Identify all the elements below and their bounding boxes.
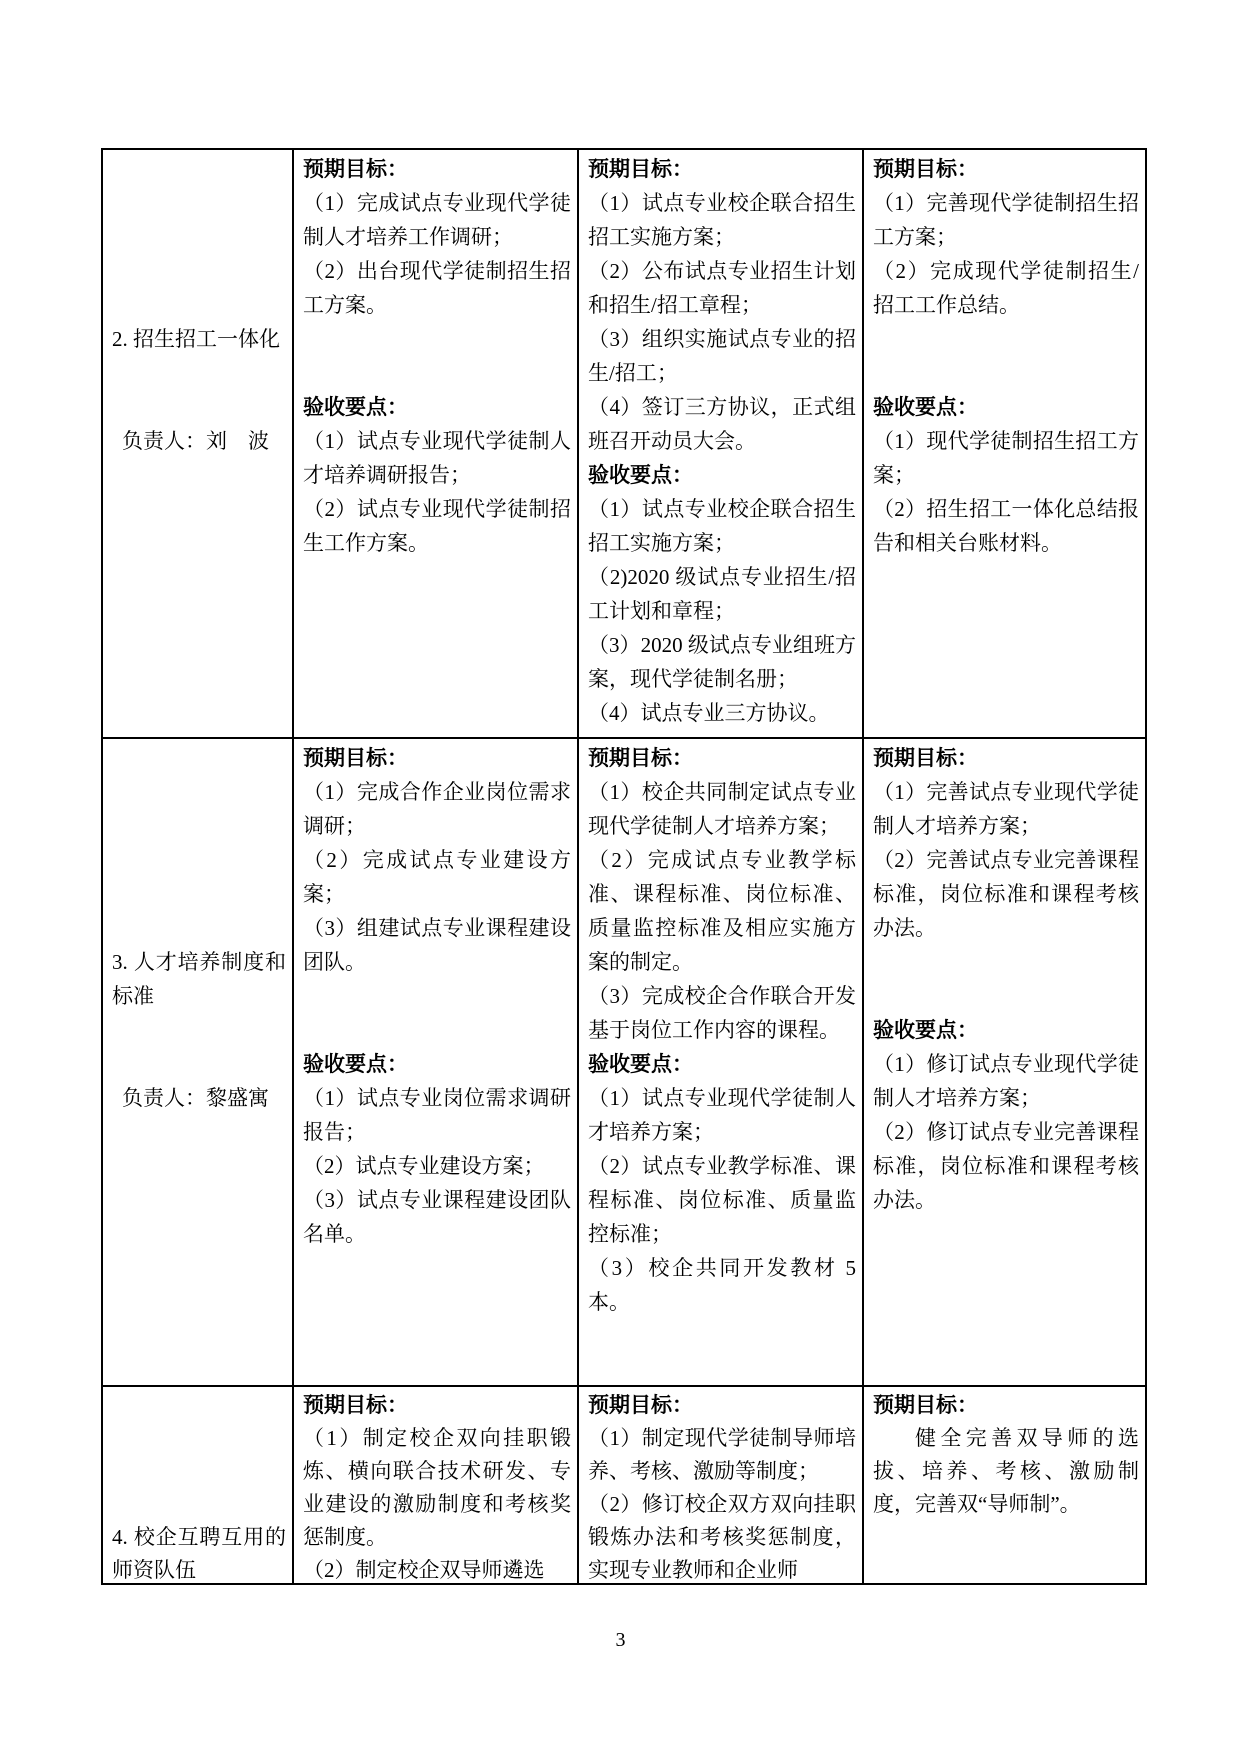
cell-content: 预期目标：（1）完善现代学徒制招生招工方案；（2）完成现代学徒制招生/招工工作总… — [873, 152, 1139, 737]
phase-cell-2: 预期目标：（1）制定现代学徒制导师培养、考核、激励等制度；（2）修订校企双方双向… — [578, 1386, 863, 1584]
section-heading: 预期目标： — [873, 152, 1139, 186]
table-row: 3. 人才培养制度和标准负责人：黎盛寓预期目标：（1）完成合作企业岗位需求调研；… — [102, 738, 1146, 1386]
paragraph: （2）试点专业建设方案； — [303, 1149, 571, 1183]
blank-line — [303, 979, 571, 1013]
blank-line — [112, 1422, 286, 1455]
paragraph: （3）完成校企合作联合开发基于岗位工作内容的课程。 — [588, 979, 856, 1047]
section-heading: 验收要点： — [873, 390, 1139, 424]
task-title: 4. 校企互聘互用的师资队伍 — [112, 1521, 286, 1582]
paragraph: （1）完成合作企业岗位需求调研； — [303, 775, 571, 843]
phase-cell-1: 预期目标：（1）完成合作企业岗位需求调研；（2）完成试点专业建设方案；（3）组建… — [293, 738, 578, 1386]
blank-line — [112, 775, 286, 809]
blank-line — [112, 186, 286, 220]
blank-line — [112, 288, 286, 322]
blank-line — [112, 390, 286, 424]
cell-content: 4. 校企互聘互用的师资队伍 — [112, 1389, 286, 1582]
paragraph: （1）试点专业现代学徒制人才培养调研报告； — [303, 424, 571, 492]
cell-content: 预期目标：健全完善双导师的选拔、培养、考核、激励制度，完善双“导师制”。 — [873, 1389, 1139, 1582]
blank-line — [112, 1013, 286, 1047]
blank-line — [112, 1389, 286, 1422]
blank-line — [873, 945, 1139, 979]
page-number: 3 — [0, 1626, 1241, 1654]
paragraph: （2）完成现代学徒制招生/招工工作总结。 — [873, 254, 1139, 322]
cell-content: 预期目标：（1）制定现代学徒制导师培养、考核、激励等制度；（2）修订校企双方双向… — [588, 1389, 856, 1582]
paragraph: （2）完成试点专业建设方案； — [303, 843, 571, 911]
paragraph: （2）制定校企双导师遴选 — [303, 1554, 571, 1582]
blank-line — [112, 152, 286, 186]
blank-line — [112, 254, 286, 288]
leader-name: 负责人：黎盛寓 — [112, 1081, 286, 1115]
section-heading: 验收要点： — [588, 458, 856, 492]
phase-cell-3: 预期目标：（1）完善现代学徒制招生招工方案；（2）完成现代学徒制招生/招工工作总… — [863, 149, 1146, 738]
leader-name: 负责人：刘 波 — [112, 424, 286, 458]
project-tasks-table: 2. 招生招工一体化负责人：刘 波预期目标：（1）完成试点专业现代学徒制人才培养… — [101, 148, 1147, 1585]
paragraph: （3）组建试点专业课程建设团队。 — [303, 911, 571, 979]
blank-line — [112, 877, 286, 911]
paragraph: （2）完善试点专业完善课程标准，岗位标准和课程考核办法。 — [873, 843, 1139, 945]
section-heading: 验收要点： — [873, 1013, 1139, 1047]
paragraph: （3）校企共同开发教材 5 本。 — [588, 1251, 856, 1319]
paragraph: （2）修订试点专业完善课程标准，岗位标准和课程考核办法。 — [873, 1115, 1139, 1217]
paragraph: （2）试点专业教学标准、课程标准、岗位标准、质量监控标准； — [588, 1149, 856, 1251]
section-heading: 预期目标： — [303, 1389, 571, 1422]
task-cell: 2. 招生招工一体化负责人：刘 波 — [102, 149, 293, 738]
cell-content: 预期目标：（1）校企共同制定试点专业现代学徒制人才培养方案；（2）完成试点专业教… — [588, 741, 856, 1385]
paragraph: （1）制定校企双向挂职锻炼、横向联合技术研发、专业建设的激励制度和考核奖惩制度。 — [303, 1422, 571, 1554]
task-cell: 4. 校企互聘互用的师资队伍 — [102, 1386, 293, 1584]
phase-cell-2: 预期目标：（1）校企共同制定试点专业现代学徒制人才培养方案；（2）完成试点专业教… — [578, 738, 863, 1386]
blank-line — [112, 809, 286, 843]
section-heading: 预期目标： — [588, 152, 856, 186]
paragraph: （1）现代学徒制招生招工方案； — [873, 424, 1139, 492]
paragraph: 健全完善双导师的选拔、培养、考核、激励制度，完善双“导师制”。 — [873, 1422, 1139, 1521]
section-heading: 验收要点： — [303, 1047, 571, 1081]
section-heading: 验收要点： — [303, 390, 571, 424]
paragraph: （3）试点专业课程建设团队名单。 — [303, 1183, 571, 1251]
section-heading: 验收要点： — [588, 1047, 856, 1081]
cell-content: 2. 招生招工一体化负责人：刘 波 — [112, 152, 286, 737]
paragraph: （1）试点专业校企联合招生招工实施方案； — [588, 186, 856, 254]
paragraph: （1）制定现代学徒制导师培养、考核、激励等制度； — [588, 1422, 856, 1488]
paragraph: （1）完善试点专业现代学徒制人才培养方案； — [873, 775, 1139, 843]
paragraph: （1）校企共同制定试点专业现代学徒制人才培养方案； — [588, 775, 856, 843]
cell-content: 3. 人才培养制度和标准负责人：黎盛寓 — [112, 741, 286, 1385]
paragraph: （3）2020 级试点专业组班方案，现代学徒制名册； — [588, 628, 856, 696]
paragraph: （2）试点专业现代学徒制招生工作方案。 — [303, 492, 571, 560]
paragraph: （2）招生招工一体化总结报告和相关台账材料。 — [873, 492, 1139, 560]
cell-content: 预期目标：（1）制定校企双向挂职锻炼、横向联合技术研发、专业建设的激励制度和考核… — [303, 1389, 571, 1582]
phase-cell-3: 预期目标：（1）完善试点专业现代学徒制人才培养方案；（2）完善试点专业完善课程标… — [863, 738, 1146, 1386]
blank-line — [873, 322, 1139, 356]
blank-line — [112, 1455, 286, 1488]
section-heading: 预期目标： — [873, 741, 1139, 775]
paragraph: （2)2020 级试点专业招生/招工计划和章程； — [588, 560, 856, 628]
cell-content: 预期目标：（1）完成合作企业岗位需求调研；（2）完成试点专业建设方案；（3）组建… — [303, 741, 571, 1385]
blank-line — [873, 356, 1139, 390]
table-row: 4. 校企互聘互用的师资队伍预期目标：（1）制定校企双向挂职锻炼、横向联合技术研… — [102, 1386, 1146, 1584]
section-heading: 预期目标： — [303, 741, 571, 775]
phase-cell-3: 预期目标：健全完善双导师的选拔、培养、考核、激励制度，完善双“导师制”。 — [863, 1386, 1146, 1584]
paragraph: （1）试点专业现代学徒制人才培养方案； — [588, 1081, 856, 1149]
section-heading: 预期目标： — [303, 152, 571, 186]
paragraph: （4）签订三方协议，正式组班召开动员大会。 — [588, 390, 856, 458]
paragraph: （2）出台现代学徒制招生招工方案。 — [303, 254, 571, 322]
paragraph: （2）公布试点专业招生计划和招生/招工章程； — [588, 254, 856, 322]
paragraph: （1）修订试点专业现代学徒制人才培养方案； — [873, 1047, 1139, 1115]
task-title: 3. 人才培养制度和标准 — [112, 945, 286, 1013]
table-row: 2. 招生招工一体化负责人：刘 波预期目标：（1）完成试点专业现代学徒制人才培养… — [102, 149, 1146, 738]
task-title: 2. 招生招工一体化 — [112, 322, 286, 356]
paragraph: （1）完成试点专业现代学徒制人才培养工作调研； — [303, 186, 571, 254]
blank-line — [873, 979, 1139, 1013]
paragraph: （1）完善现代学徒制招生招工方案； — [873, 186, 1139, 254]
blank-line — [112, 356, 286, 390]
section-heading: 预期目标： — [588, 1389, 856, 1422]
section-heading: 预期目标： — [873, 1389, 1139, 1422]
blank-line — [303, 1013, 571, 1047]
blank-line — [112, 741, 286, 775]
blank-line — [112, 1488, 286, 1521]
phase-cell-1: 预期目标：（1）完成试点专业现代学徒制人才培养工作调研；（2）出台现代学徒制招生… — [293, 149, 578, 738]
task-cell: 3. 人才培养制度和标准负责人：黎盛寓 — [102, 738, 293, 1386]
blank-line — [112, 911, 286, 945]
paragraph: （2）完成试点专业教学标准、课程标准、岗位标准、质量监控标准及相应实施方案的制定… — [588, 843, 856, 979]
section-heading: 预期目标： — [588, 741, 856, 775]
blank-line — [303, 322, 571, 356]
phase-cell-1: 预期目标：（1）制定校企双向挂职锻炼、横向联合技术研发、专业建设的激励制度和考核… — [293, 1386, 578, 1584]
paragraph: （2）修订校企双方双向挂职锻炼办法和考核奖惩制度，实现专业教师和企业师 — [588, 1488, 856, 1582]
cell-content: 预期目标：（1）完善试点专业现代学徒制人才培养方案；（2）完善试点专业完善课程标… — [873, 741, 1139, 1385]
blank-line — [112, 843, 286, 877]
document-page: { "page": { "number": "3" }, "table": { … — [0, 0, 1241, 1754]
paragraph: （3）组织实施试点专业的招生/招工； — [588, 322, 856, 390]
blank-line — [112, 220, 286, 254]
blank-line — [112, 1047, 286, 1081]
cell-content: 预期目标：（1）试点专业校企联合招生招工实施方案；（2）公布试点专业招生计划和招… — [588, 152, 856, 737]
blank-line — [303, 356, 571, 390]
phase-cell-2: 预期目标：（1）试点专业校企联合招生招工实施方案；（2）公布试点专业招生计划和招… — [578, 149, 863, 738]
paragraph: （4）试点专业三方协议。 — [588, 696, 856, 730]
paragraph: （1）试点专业岗位需求调研报告； — [303, 1081, 571, 1149]
paragraph: （1）试点专业校企联合招生招工实施方案； — [588, 492, 856, 560]
cell-content: 预期目标：（1）完成试点专业现代学徒制人才培养工作调研；（2）出台现代学徒制招生… — [303, 152, 571, 737]
